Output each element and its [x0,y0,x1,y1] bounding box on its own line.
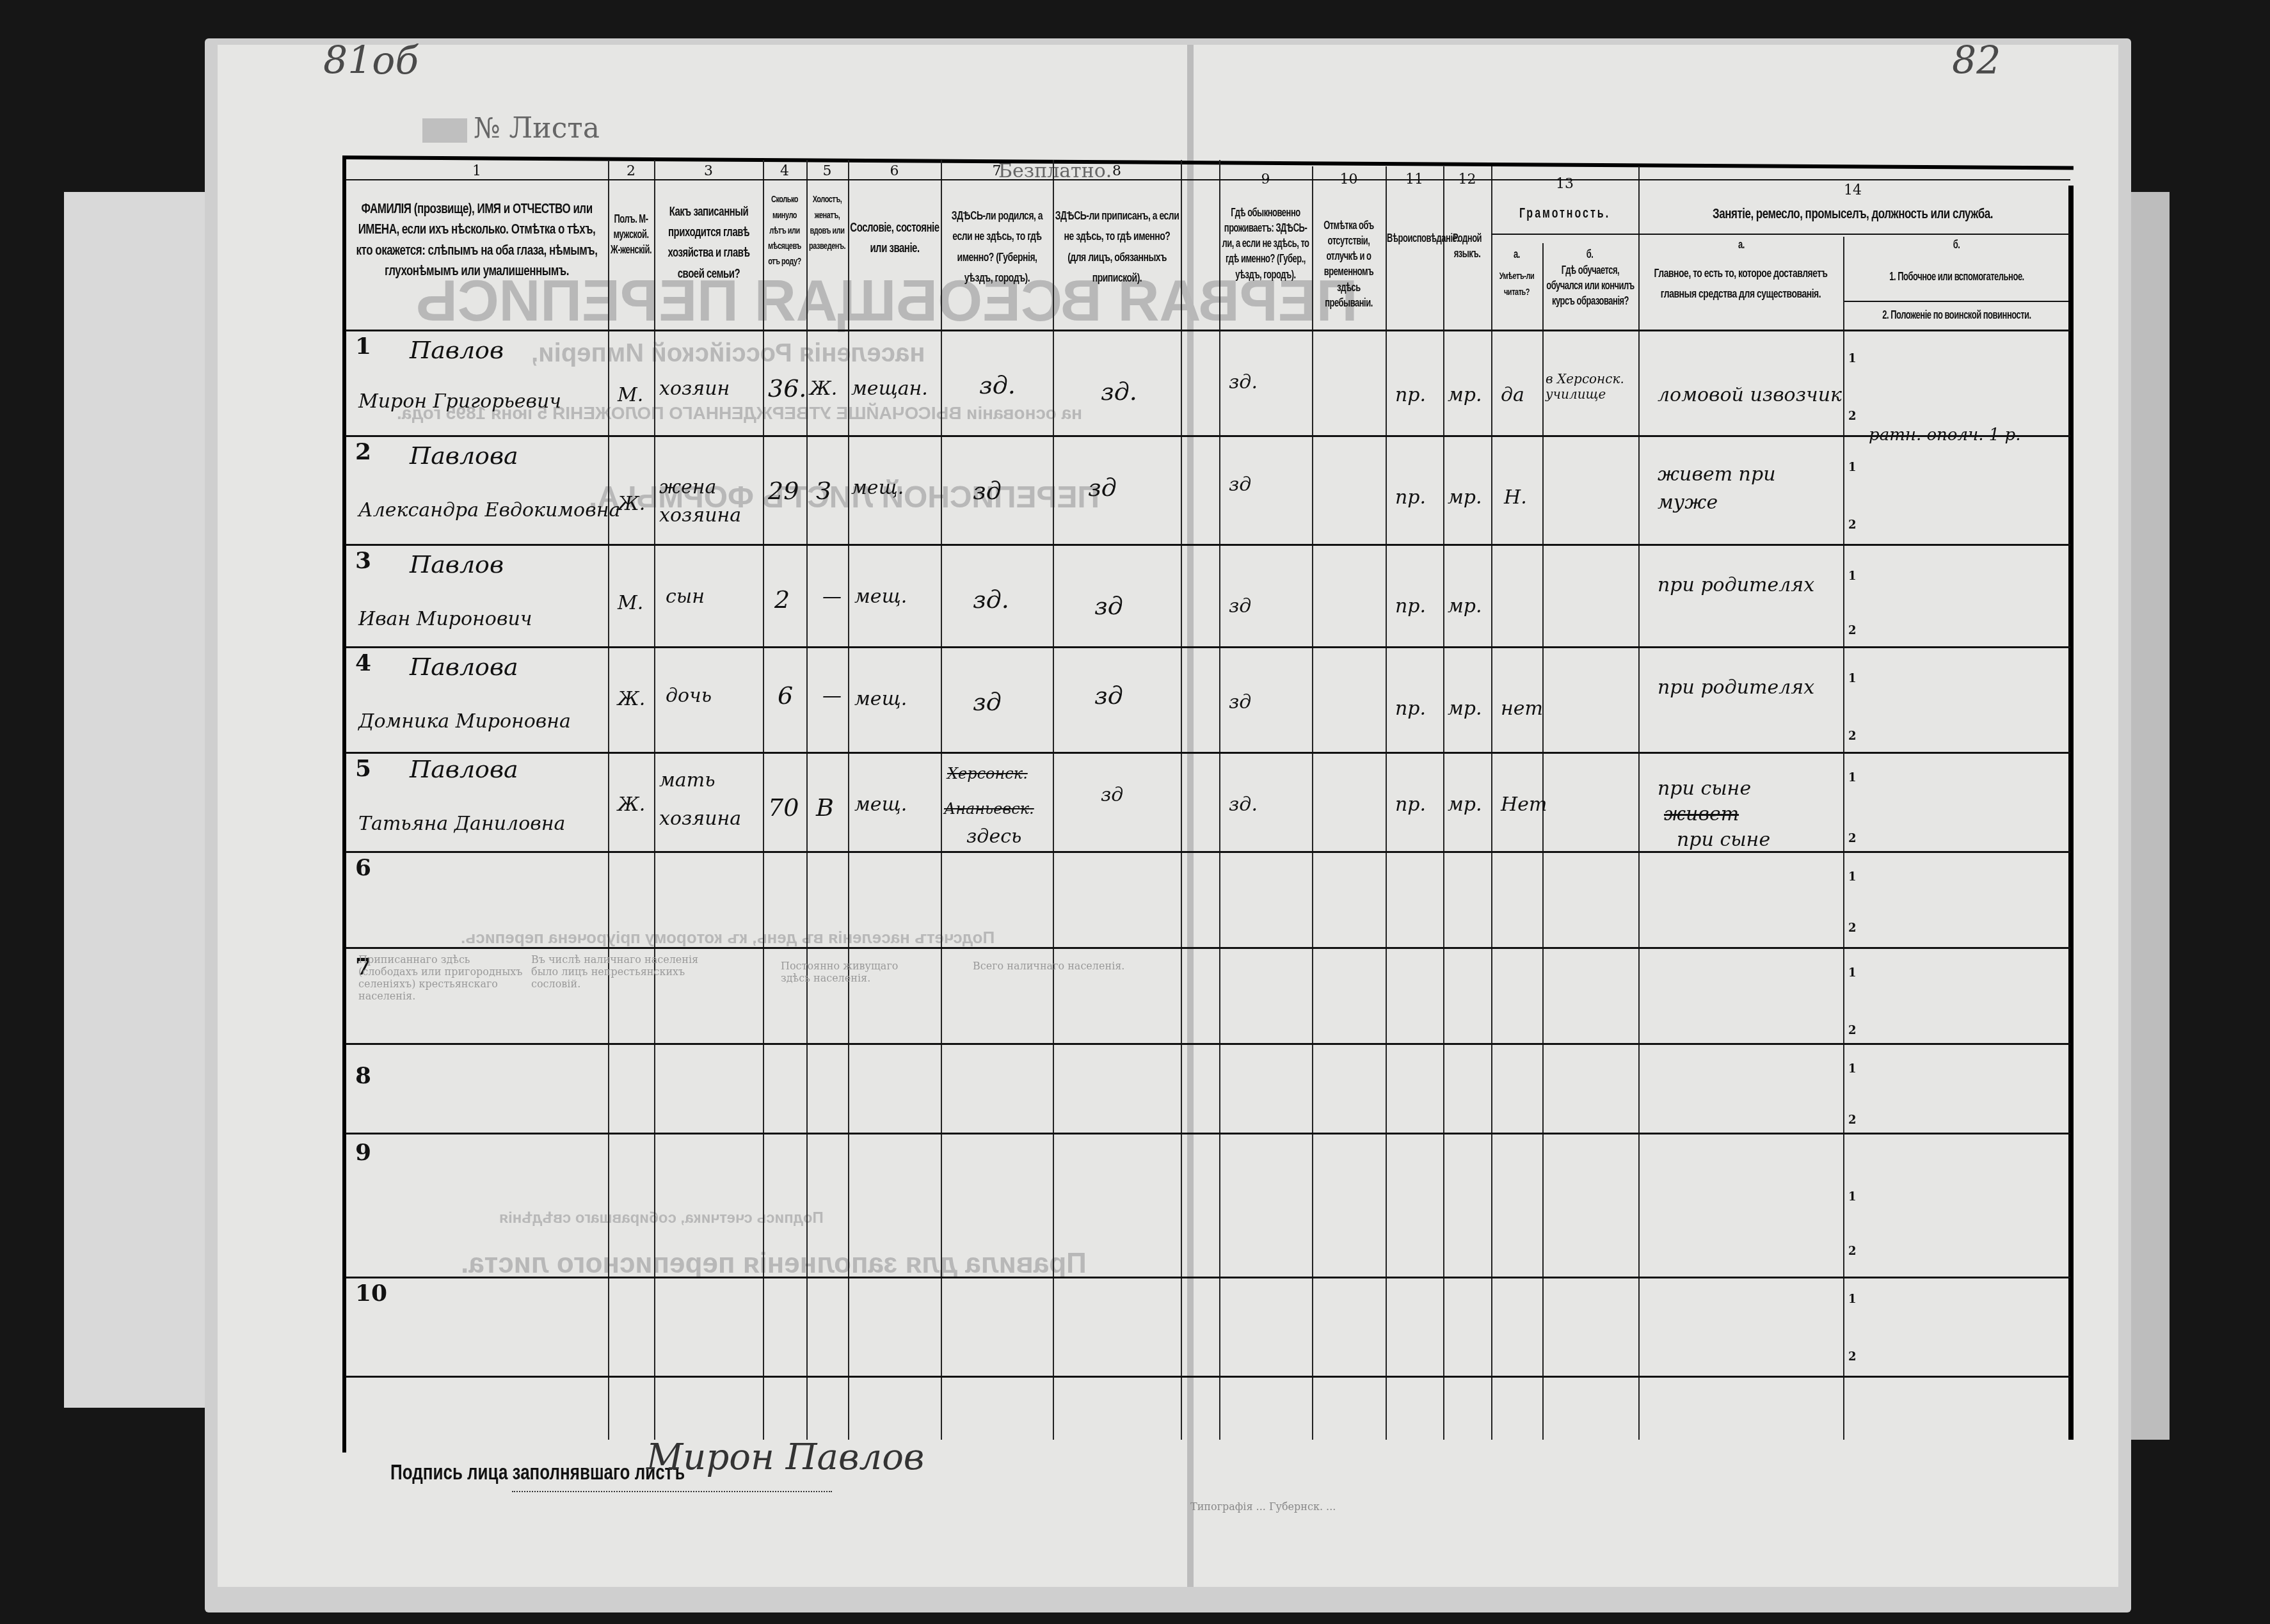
column-number-2: 2 [608,163,654,179]
col-divider [1053,160,1054,1440]
sub-row-2: 2 [1848,1024,1857,1037]
surname: Павлова [410,653,518,681]
occupation: живет при муже [1658,461,1818,517]
column-header-11: Вѣроисповѣданіе. [1387,230,1442,246]
age: 36. [768,374,806,402]
estate: мещ. [854,793,907,816]
given-name: Александра Евдокимовна [358,499,620,521]
sub-row-2: 2 [1848,729,1857,743]
marital: — [822,585,842,608]
relation: мать хозяина [659,761,755,838]
occupation: при сыне [1658,777,1751,800]
registered: зд [1088,474,1117,502]
column-header-9: Гдѣ обыкновенно проживаетъ: ЗДѢСЬ-ли, а … [1220,205,1311,283]
book-edge-left [64,192,211,1408]
resides: зд. [1229,371,1258,394]
col-divider [608,160,609,1440]
literate: да [1501,384,1524,406]
row-number-1: 1 [355,333,371,360]
age: 6 [778,681,793,710]
printer-imprint: Типографія ... Губернск. ... [1190,1501,1336,1513]
marital: — [822,685,842,707]
sex: Ж. [618,493,645,515]
count-header-3: Постоянно живущаго здѣсь населенія. [781,960,928,984]
column-header-14: Занятіе, ремесло, промыселъ, должность и… [1642,203,2064,224]
ghost-rules-title: Правила для заполненія переписного листа… [461,1248,1087,1280]
born: зд. [973,585,1009,614]
column-number-3: 3 [654,163,763,179]
sex: М. [618,592,643,614]
count-header-1: Приписаннаго здѣсь (слободахъ или пригор… [358,953,525,1002]
given-name: Иван Миронович [358,608,532,630]
born: зд [973,688,1002,716]
col-divider [1638,166,1640,1440]
column-number-10: 10 [1312,171,1386,187]
col-divider [1443,166,1444,1440]
row-rule [346,1376,2070,1378]
column-header-13a-label: а. [1492,246,1541,262]
estate: мещ. [854,585,907,608]
religion: пр. [1395,793,1426,816]
surname: Павлов [410,550,504,578]
column-header-13b-label: б. [1542,246,1637,262]
column-header-6: Сословіе, состояніе или званіе. [850,218,939,259]
row-number-6: 6 [355,854,371,881]
born: зд. [979,371,1016,399]
column-header-10: Отмѣтка объ отсутствіи, отлучкѣ и о врем… [1313,218,1384,311]
resides: зд [1229,474,1251,496]
religion: пр. [1395,595,1426,617]
col-divider [1181,160,1182,1440]
col-divider [763,160,764,1440]
surname: Павлова [410,755,518,783]
sheet-number: № Листа [422,112,600,145]
row-rule [346,435,2070,437]
column-header-14a-label: а. [1640,237,1843,252]
registered: зд [1094,681,1123,710]
column-number-6: 6 [848,163,941,179]
age: 70 [768,793,799,822]
column-number-14: 14 [1638,182,2067,198]
literate: Нет [1501,793,1547,816]
surname: Павлов [410,336,504,364]
col-divider [654,160,655,1440]
signature: Мирон Павлов [646,1437,924,1478]
table-right-border [2068,186,2074,1440]
occupation: при родителях [1658,569,1818,601]
col-divider [1542,243,1544,1440]
language: мр. [1448,697,1482,720]
column-header-14a: Главное, то есть то, которое доставляетъ… [1642,262,1840,304]
row-rule [346,1133,2070,1134]
col-divider [941,160,942,1440]
occupation: ломовой извозчик [1658,384,1842,406]
born: здесь [966,825,1021,848]
born: зд [973,477,1002,505]
occupation-struck: живет [1664,803,1739,825]
registered: зд [1094,592,1123,620]
column-header-4: Сколько минуло лѣтъ или мѣсяцевъ отъ род… [763,192,806,270]
header-bottom-rule [346,330,2070,331]
given-name: Татьяна Даниловна [358,813,565,835]
language: мр. [1448,384,1482,406]
sub-row-2: 2 [1848,518,1857,532]
religion: пр. [1395,697,1426,720]
column-number-4: 4 [763,163,806,179]
column-number-1: 1 [346,163,608,179]
column-header-3: Какъ записанный приходится главѣ хозяйст… [656,202,762,285]
marital: Ж. [810,378,837,400]
signature-line [512,1491,832,1492]
sub-row-2: 2 [1848,1113,1857,1127]
sub-row-2: 2 [1848,832,1857,845]
count-header-2: Въ числѣ наличнаго населенія было лицъ н… [531,953,704,990]
row-number-3: 3 [355,547,371,574]
subheader-rule [1491,234,2070,235]
column-number-8: 8 [1053,163,1181,179]
count-header-4: Всего наличнаго населенія. [973,960,1165,972]
sub-row-1: 1 [1848,672,1857,685]
column-header-13a: Умѣетъ-ли читать? [1492,269,1541,300]
relation: жена хозяина [659,474,755,530]
sub-row-1: 1 [1848,870,1857,884]
col-divider [1386,166,1387,1440]
column-header-14b-1: 1. Побочное или вспомогательное. [1846,269,2067,284]
occupation-2: при сыне [1677,829,1770,851]
signature-label: Подпись лица заполнявшаго листъ [390,1459,685,1485]
sub-row-1: 1 [1848,1062,1857,1076]
resides: зд [1229,691,1251,713]
row-number-8: 8 [355,1062,371,1089]
row-rule [346,1277,2070,1278]
column-header-14b-label: б. [1844,237,2068,252]
given-name: Домника Мироновна [358,710,571,733]
estate: мещан. [851,378,928,400]
sub-row-1: 1 [1848,1293,1857,1306]
sub-row-1: 1 [1848,461,1857,474]
relation: сын [666,585,705,608]
row-number-10: 10 [355,1280,387,1307]
colnum-rule [346,179,2070,180]
registered: зд. [1101,378,1137,406]
ghost-count-title: Подсчетъ населенія въ день, къ которому … [461,928,995,948]
column-number-12: 12 [1443,171,1491,187]
column-header-12: Родной языкъ. [1444,230,1490,262]
sex: Ж. [618,793,645,816]
col-divider [1491,166,1492,1440]
subheader-rule [1844,301,2068,302]
row-rule [346,851,2070,853]
row-number-5: 5 [355,755,371,782]
column-header-7: ЗДѢСЬ-ли родился, а если не здѣсь, то гд… [943,205,1051,288]
sub-row-2: 2 [1848,410,1857,423]
row-number-9: 9 [355,1139,371,1166]
ghost-subtitle: населенія Россійской Имперіи, [531,339,925,368]
column-number-9: 9 [1219,171,1312,187]
column-header-8: ЗДѢСЬ-ли приписанъ, а если не здѣсь, то … [1055,205,1179,288]
left-folio-number: 81об [323,38,419,83]
relation: хозяин [659,378,730,400]
column-number-5: 5 [806,163,848,179]
born-struck-2: Ананьевск. [944,800,1034,818]
education: в Херсонск. училище [1546,371,1635,402]
religion: пр. [1395,486,1426,509]
col-divider [806,160,808,1440]
column-number-7: 7 [941,163,1053,179]
sex: М. [618,384,643,406]
row-rule [346,544,2070,546]
sub-row-2: 2 [1848,1350,1857,1364]
sub-row-2: 2 [1848,1245,1857,1258]
given-name: Мирон Григорьевич [358,390,561,413]
sub-row-1: 1 [1848,352,1857,365]
literate: нет [1501,697,1543,720]
literate: Н. [1504,486,1527,509]
age: 2 [774,585,790,614]
row-rule [346,646,2070,648]
sub-row-1: 1 [1848,771,1857,784]
sub-row-1: 1 [1848,569,1857,583]
row-rule [346,752,2070,754]
marital: В [816,793,834,822]
age: 29 [768,477,799,505]
resides: зд [1229,595,1251,617]
column-number-11: 11 [1386,171,1443,187]
col-divider [1843,237,1844,1440]
column-number-13: 13 [1491,176,1638,192]
row-number-4: 4 [355,649,371,676]
row-number-2: 2 [355,438,371,465]
sheet-number-box [422,118,467,143]
ghost-counter-sign: Подпись счетчика, собиравшаго свѣдѣнія [499,1209,824,1227]
table-left-border [342,157,346,1453]
surname: Павлова [410,442,518,470]
language: мр. [1448,793,1482,816]
col-divider [1312,166,1313,1440]
sub-row-1: 1 [1848,1190,1857,1204]
sub-row-2: 2 [1848,921,1857,935]
column-header-14b-2: 2. Положеніе по воинской повинности. [1846,307,2067,322]
religion: пр. [1395,384,1426,406]
resides: зд. [1229,793,1258,816]
column-header-1: ФАМИЛІЯ (прозвище), ИМЯ и ОТЧЕСТВО или И… [349,198,605,282]
col-divider [1219,160,1220,1440]
row-rule [346,1043,2070,1045]
registered: зд [1101,784,1123,806]
estate: мещ. [854,688,907,710]
sub-row-2: 2 [1848,624,1857,637]
column-header-13b: Гдѣ обучается, обучался или кончилъ курс… [1544,262,1637,309]
occupation: при родителях [1658,672,1818,704]
right-folio-number: 82 [1952,38,2001,83]
military-status: ратн. ополч. 1 р. [1869,426,2020,445]
column-header-2: Полъ. М-мужской. Ж-женскій. [609,211,653,258]
col-divider [848,160,849,1440]
sub-row-1: 1 [1848,966,1857,980]
sheet-number-label: № Листа [474,112,600,145]
column-header-13: Грамотность. [1492,203,1637,224]
language: мр. [1448,595,1482,617]
row-rule [346,947,2070,949]
column-header-5: Холостъ, женатъ, вдовъ или разведенъ. [807,192,847,254]
marital: З [816,477,831,505]
relation: дочь [666,685,712,707]
estate: мещ. [851,477,904,499]
sex: Ж. [618,688,645,710]
language: мр. [1448,486,1482,509]
born-struck: Херсонск. [947,765,1028,783]
